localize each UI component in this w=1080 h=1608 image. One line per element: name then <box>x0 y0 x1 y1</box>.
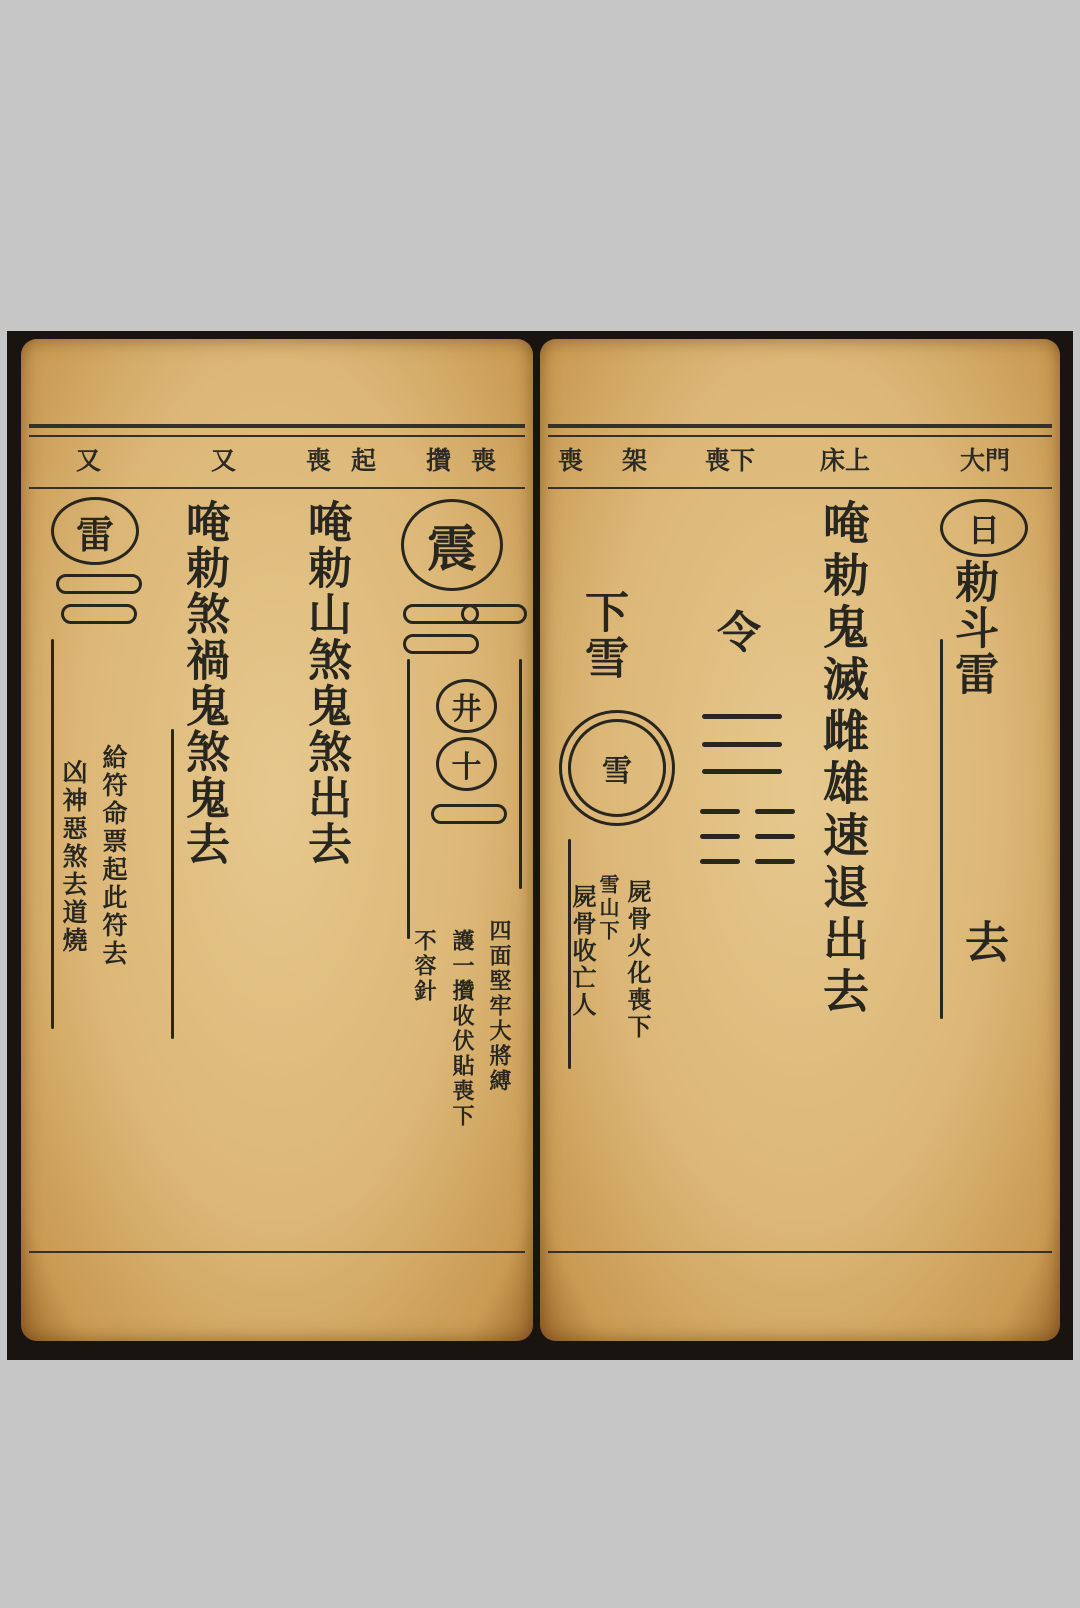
talisman-seal-shi: 十 <box>436 737 497 791</box>
header-char: 喪 <box>558 441 583 477</box>
header-char: 又 <box>211 441 236 477</box>
talisman-seal-ri: 日 <box>940 499 1028 557</box>
talisman-seal-zhen: 震 <box>401 499 503 591</box>
header-char: 喪下 <box>705 441 755 477</box>
header-char: 又 <box>76 441 101 477</box>
note-text: 屍骨火化喪下 <box>625 879 649 1041</box>
talisman-stroke <box>407 659 410 939</box>
talisman-squiggle <box>461 604 527 624</box>
talisman-bar <box>702 769 782 774</box>
talisman-squiggle <box>56 574 142 594</box>
incantation-text: 唵勅山煞鬼煞出去 <box>303 499 347 867</box>
note-text: 不容針 <box>413 929 435 1004</box>
talisman-text: 去 <box>960 919 1004 965</box>
talisman-stroke <box>940 639 943 1019</box>
header-char: 起 <box>351 441 376 477</box>
talisman-squiggle <box>431 804 507 824</box>
talisman-bar <box>700 834 740 839</box>
incantation-text: 唵勅煞禍鬼煞鬼去 <box>181 499 225 867</box>
talisman-bar <box>702 742 782 747</box>
talisman-stroke <box>519 659 522 889</box>
talisman-bar <box>755 834 795 839</box>
talisman-bar <box>755 859 795 864</box>
top-border <box>29 424 525 428</box>
talisman-text: 下雪 <box>580 589 624 681</box>
top-inner-border <box>29 435 525 437</box>
talisman-text: 勅斗雷 <box>950 559 994 697</box>
talisman-bar <box>755 809 795 814</box>
note-text: 凶神惡煞去道燒 <box>61 759 86 955</box>
note-text: 雪山下 <box>598 874 618 943</box>
header-divider <box>29 487 525 489</box>
note-text: 屍骨收亡人 <box>570 884 594 1019</box>
header-char: 床上 <box>820 441 870 477</box>
header-char: 大門 <box>960 441 1010 477</box>
talisman-bar <box>702 714 782 719</box>
book-scan: 喪 攢 起 喪 又 又 震 井 十 四面堅牢大將縛 護一攢收伏貼喪下 不容針 唵… <box>7 331 1073 1360</box>
talisman-squiggle <box>403 634 479 654</box>
header-char: 喪 <box>306 441 331 477</box>
talisman-seal-xue: 雪 <box>568 719 666 817</box>
incantation-text: 唵勅鬼滅雌雄速退出去 <box>820 499 866 1019</box>
note-text: 護一攢收伏貼喪下 <box>451 929 473 1129</box>
talisman-bar <box>700 859 740 864</box>
right-page-headers: 大門 床上 喪下 架 喪 <box>540 441 1060 483</box>
top-inner-border <box>548 435 1052 437</box>
left-page: 喪 攢 起 喪 又 又 震 井 十 四面堅牢大將縛 護一攢收伏貼喪下 不容針 唵… <box>21 339 533 1341</box>
header-char: 喪 <box>471 441 496 477</box>
header-char: 架 <box>622 441 647 477</box>
bottom-border <box>29 1251 525 1253</box>
talisman-stroke <box>171 729 174 1039</box>
talisman-seal-lei: 雷 <box>51 497 139 565</box>
top-border <box>548 424 1052 428</box>
left-page-headers: 喪 攢 起 喪 又 又 <box>21 441 533 483</box>
header-divider <box>548 487 1052 489</box>
right-page: 大門 床上 喪下 架 喪 日 勅斗雷 去 唵勅鬼滅雌雄速退出去 令 下雪 雪 屍… <box>540 339 1060 1341</box>
note-text: 給符命票起此符去 <box>101 744 126 968</box>
talisman-text: 令 <box>712 609 756 655</box>
note-text: 四面堅牢大將縛 <box>488 919 510 1094</box>
talisman-squiggle <box>61 604 137 624</box>
talisman-stroke <box>51 639 54 1029</box>
talisman-seal-jing: 井 <box>436 679 497 733</box>
talisman-bar <box>700 809 740 814</box>
header-char: 攢 <box>426 441 451 477</box>
bottom-border <box>548 1251 1052 1253</box>
